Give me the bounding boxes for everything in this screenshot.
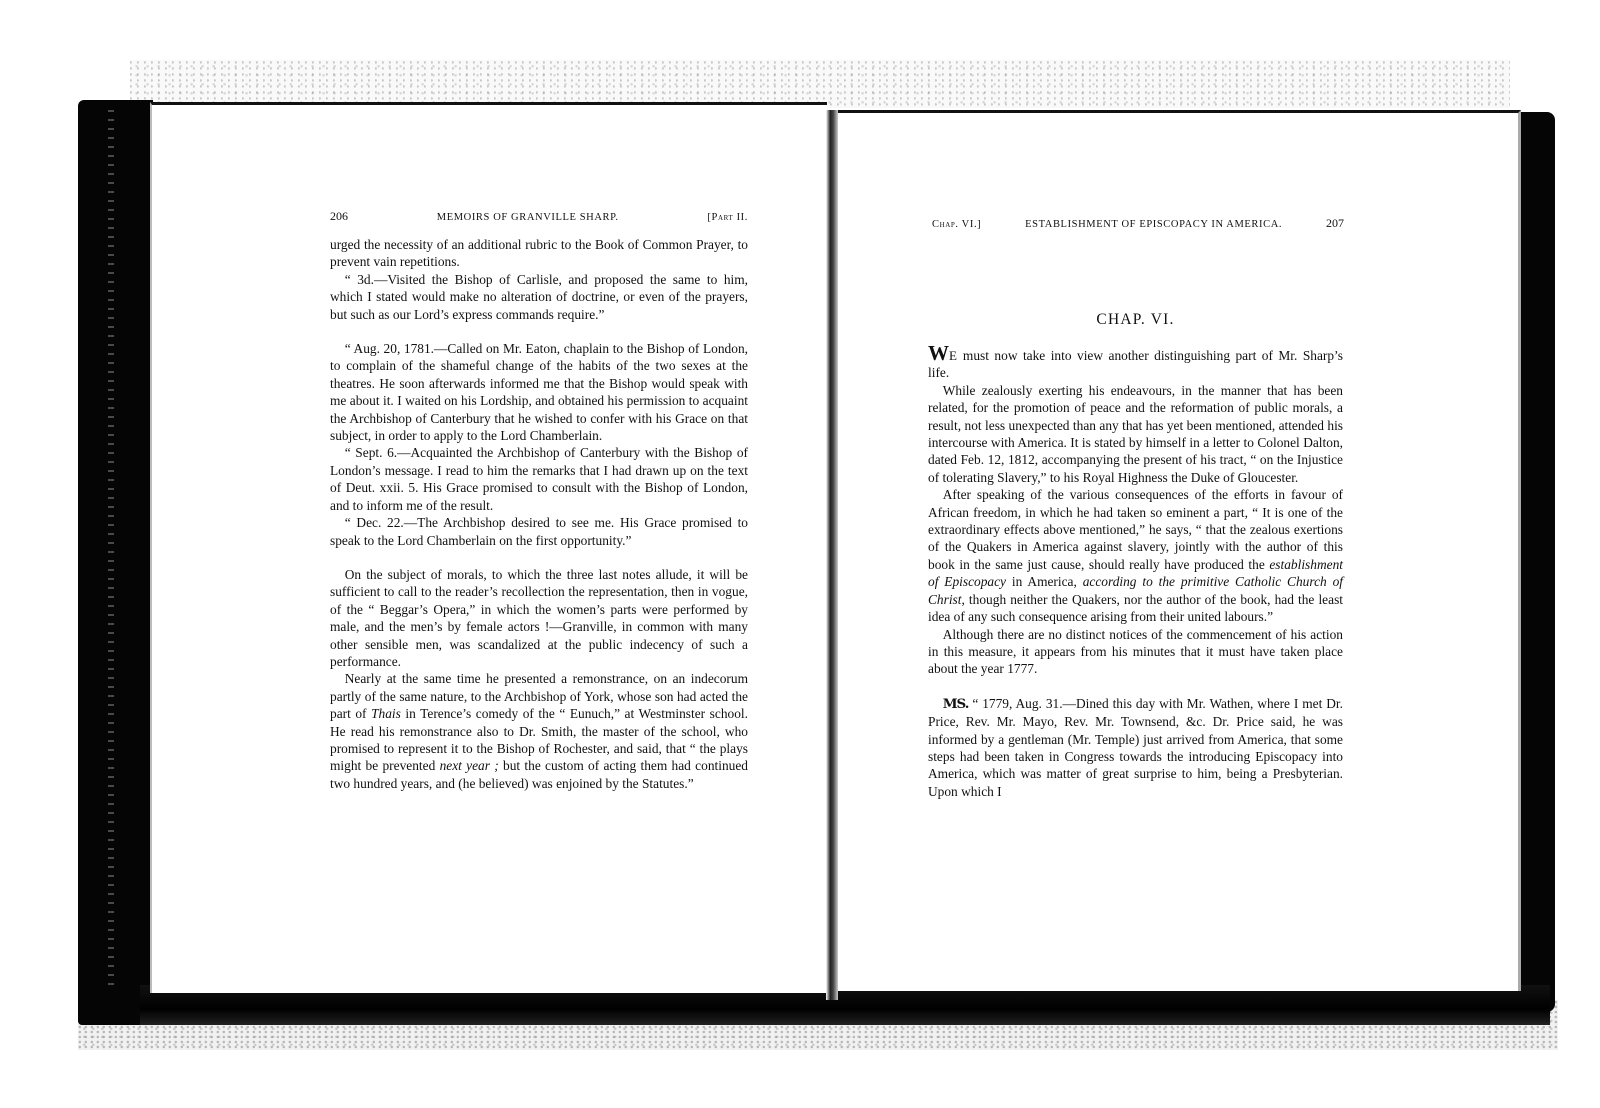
paragraph: “ Aug. 20, 1781.—Called on Mr. Eaton, ch… — [330, 340, 748, 444]
paragraph: urged the necessity of an additional rub… — [330, 236, 748, 271]
right-chapter-label: Chap. VI.] — [932, 219, 981, 230]
paragraph: MS. “ 1779, Aug. 31.—Dined this day with… — [928, 695, 1343, 800]
paragraph: While zealously exerting his endeavours,… — [928, 382, 1343, 486]
left-running-head: 206 MEMOIRS OF GRANVILLE SHARP. [Part II… — [330, 209, 748, 224]
right-page-body: WE must now take into view another disti… — [928, 343, 1343, 800]
italic-text: Thais — [371, 706, 401, 721]
italic-text: next year ; — [440, 758, 499, 773]
paragraph: After speaking of the various consequenc… — [928, 486, 1343, 625]
text-run: , though neither the Quakers, nor the au… — [928, 592, 1343, 624]
left-page-number: 206 — [330, 209, 348, 224]
right-running-head: Chap. VI.] ESTABLISHMENT OF EPISCOPACY I… — [932, 216, 1344, 231]
drop-cap: W — [928, 341, 949, 365]
scan-background-top — [130, 60, 1510, 108]
left-page-body: urged the necessity of an additional rub… — [330, 236, 748, 792]
right-running-title: ESTABLISHMENT OF EPISCOPACY IN AMERICA. — [1025, 219, 1282, 230]
book-cover-right-edge — [1515, 112, 1555, 1012]
text-run: in America, — [1006, 574, 1083, 589]
paragraph-gap — [330, 323, 748, 340]
manuscript-mark: MS. — [943, 696, 969, 712]
paragraph-gap — [330, 549, 748, 566]
paragraph-gap — [928, 678, 1343, 695]
left-running-title: MEMOIRS OF GRANVILLE SHARP. — [437, 212, 619, 223]
text-run: “ 1779, Aug. 31.—Dined this day with Mr.… — [928, 696, 1343, 799]
paragraph: “ Sept. 6.—Acquainted the Archbishop of … — [330, 444, 748, 514]
left-section-label: [Part II. — [707, 212, 748, 223]
text-run: must now take into view another distingu… — [928, 348, 1343, 380]
chapter-title: CHAP. VI. — [928, 311, 1343, 329]
paragraph: Nearly at the same time he presented a r… — [330, 670, 748, 792]
paragraph: “ 3d.—Visited the Bishop of Carlisle, an… — [330, 271, 748, 323]
paragraph: On the subject of morals, to which the t… — [330, 566, 748, 670]
opening-paragraph: WE must now take into view another disti… — [928, 343, 1343, 382]
paragraph: Although there are no distinct notices o… — [928, 626, 1343, 678]
paragraph: “ Dec. 22.—The Archbishop desired to see… — [330, 514, 748, 549]
right-page-number: 207 — [1326, 216, 1344, 231]
book-gutter — [826, 110, 838, 1000]
book-cover-left-edge — [78, 100, 153, 1025]
